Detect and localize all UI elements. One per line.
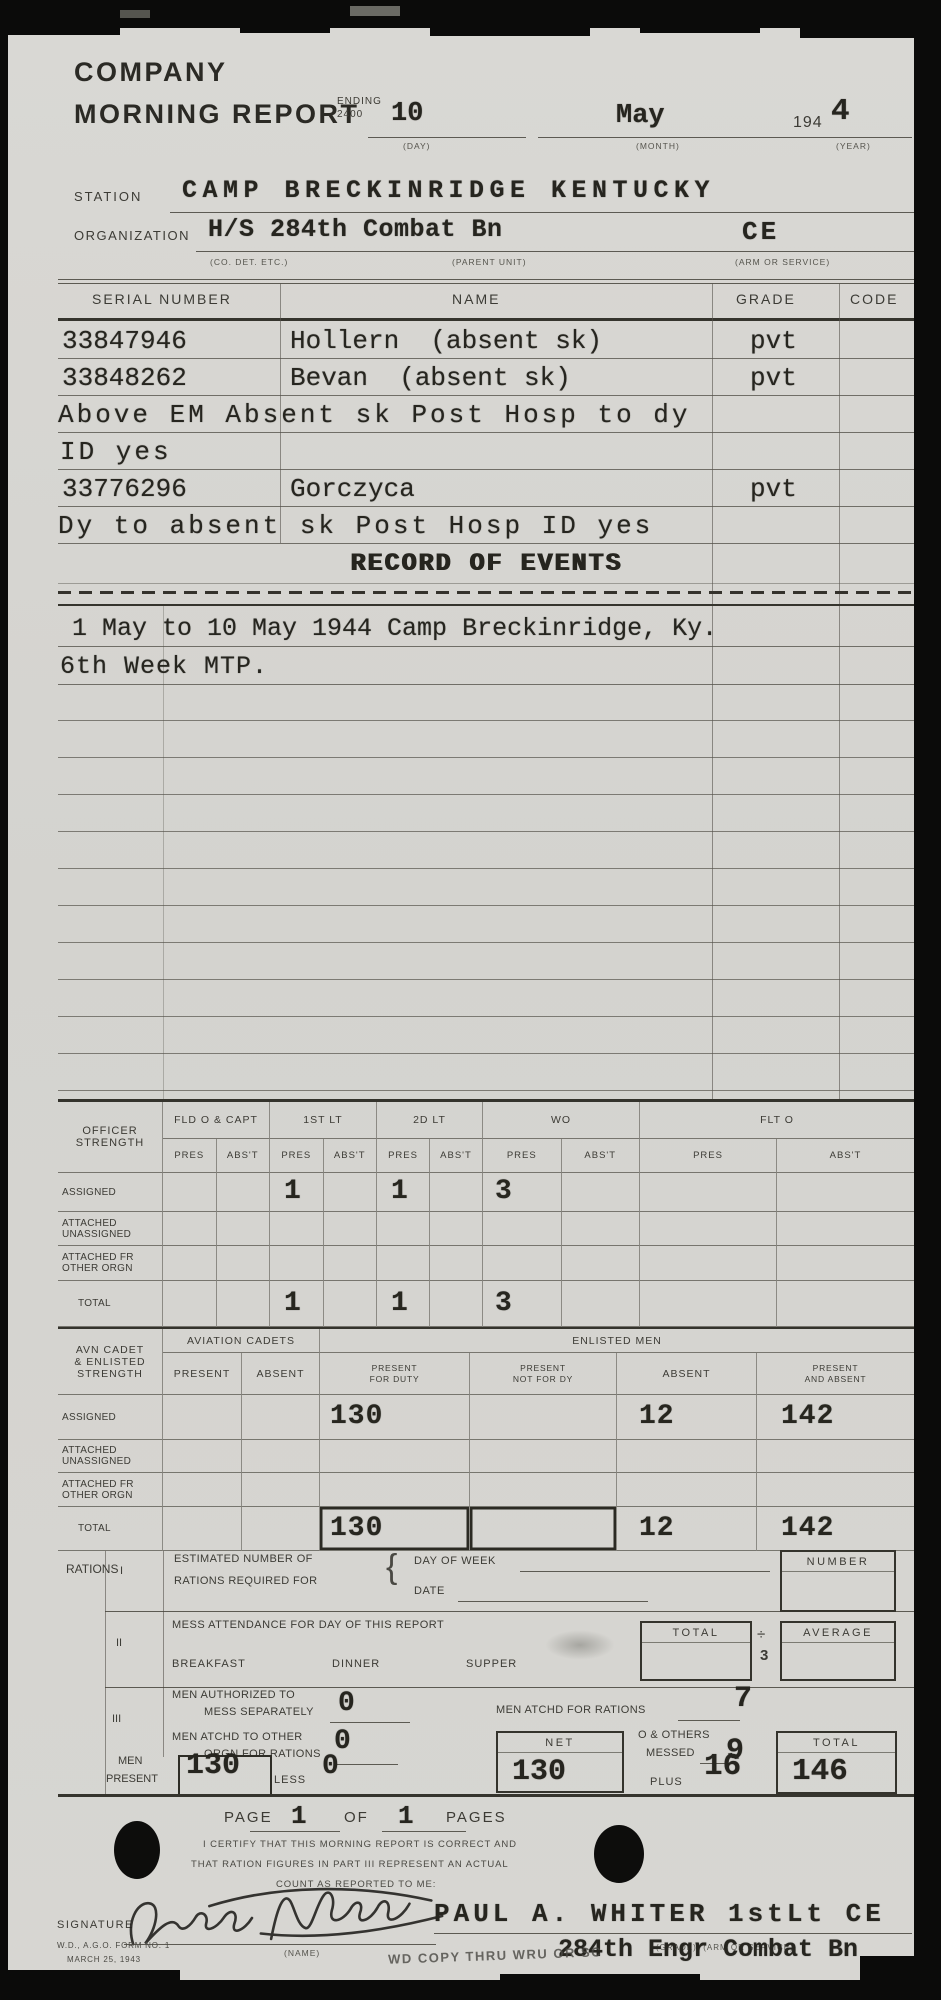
pages-label: PAGES	[446, 1809, 507, 1826]
cell	[324, 1173, 378, 1212]
table-row: Above EM Absent sk Post Hosp to dy	[58, 395, 914, 433]
cell	[163, 1173, 217, 1212]
less-value: 0	[322, 1751, 339, 1782]
row-label-total: TOTAL	[58, 1507, 163, 1551]
table-row: 33847946 Hollern (absent sk) pvt	[58, 321, 914, 359]
name-sublabel: (NAME)	[284, 1948, 320, 1958]
cell	[562, 1281, 641, 1327]
film-edge-ragged	[860, 1956, 941, 2000]
month-value: May	[616, 101, 665, 131]
rations-numeral-3: III	[112, 1713, 121, 1725]
remark-line: Dy to absent sk Post Hosp ID yes	[58, 511, 653, 541]
cell	[324, 1281, 378, 1327]
film-edge-ragged	[0, 28, 120, 35]
number-box-label: NUMBER	[782, 1552, 894, 1572]
grade-value: pvt	[750, 326, 797, 356]
men-present-line2: PRESENT	[106, 1773, 158, 1785]
rations-divider-2	[163, 1551, 164, 1757]
col-em-present-absent: PRESENT AND ABSENT	[757, 1353, 914, 1395]
year-typed-digit: 4	[831, 94, 850, 129]
col-group-2d-lt: 2D LT	[377, 1102, 483, 1139]
name-underline	[434, 1933, 912, 1934]
cell-value: 12	[617, 1395, 757, 1440]
cell	[430, 1246, 483, 1281]
day-of-week-label: DAY OF WEEK	[414, 1555, 496, 1567]
col-group-enlisted-men: ENLISTED MEN	[320, 1329, 914, 1353]
pages-value: 1	[398, 1801, 414, 1831]
soldier-name: Bevan (absent sk)	[290, 363, 571, 393]
dinner-label: DINNER	[332, 1658, 380, 1670]
breakfast-label: BREAKFAST	[172, 1658, 246, 1670]
col-group-1st-lt: 1ST LT	[270, 1102, 377, 1139]
cell	[217, 1281, 271, 1327]
cell-value: 1	[377, 1173, 430, 1212]
cell	[324, 1246, 378, 1281]
cell	[270, 1212, 324, 1246]
organization-value: H/S 284th Combat Bn	[208, 215, 503, 244]
table-row: 33848262 Bevan (absent sk) pvt	[58, 358, 914, 396]
roster-top-rule-2	[58, 283, 914, 284]
day-of-week-line	[520, 1571, 770, 1572]
col-abst: ABS'T	[324, 1139, 378, 1173]
grade-value: pvt	[750, 363, 797, 393]
org-sublabel-arm-service: (ARM OR SERVICE)	[735, 257, 830, 267]
average-box: AVERAGE	[780, 1621, 896, 1681]
cell	[757, 1473, 914, 1507]
mess-attendance-title: MESS ATTENDANCE FOR DAY OF THIS REPORT	[172, 1619, 444, 1631]
cell	[640, 1281, 777, 1327]
enlisted-table-corner: AVN CADET & ENLISTED STRENGTH	[58, 1329, 163, 1395]
rations-divider-1	[105, 1551, 106, 1795]
cell	[470, 1473, 617, 1507]
cell	[163, 1473, 242, 1507]
cell	[217, 1246, 271, 1281]
cell-value: 3	[483, 1281, 562, 1327]
rations-numeral-2: II	[116, 1637, 122, 1649]
pages-underline	[382, 1831, 466, 1832]
row-label-assigned: ASSIGNED	[58, 1173, 163, 1212]
punch-hole-right	[594, 1825, 644, 1883]
org-sublabel-co-det: (CO. DET. ETC.)	[210, 257, 288, 267]
cert-line1: I CERTIFY THAT THIS MORNING REPORT IS CO…	[203, 1839, 517, 1850]
record-of-events-title: RECORD OF EVENTS	[58, 549, 914, 578]
film-edge-ragged	[500, 1974, 700, 1982]
cell	[777, 1281, 914, 1327]
film-speck	[120, 10, 150, 18]
row-label-attached-unassigned: ATTACHED UNASSIGNED	[58, 1440, 163, 1473]
net-box: NET 130	[496, 1731, 624, 1793]
footer-heavy-rule	[58, 1794, 914, 1797]
others-line1: O & OTHERS	[638, 1729, 710, 1741]
form-number-line2: MARCH 25, 1943	[67, 1955, 141, 1964]
film-edge-ragged	[240, 28, 330, 33]
serial-number: 33776296	[62, 474, 187, 504]
cell	[242, 1507, 320, 1551]
cell-value-boxed: 130	[320, 1507, 470, 1551]
film-speck	[350, 6, 400, 16]
col-em-absent: ABSENT	[617, 1353, 757, 1395]
auth-value: 0	[338, 1688, 355, 1719]
col-pres: PRES	[483, 1139, 562, 1173]
col-abst: ABS'T	[217, 1139, 271, 1173]
roster-top-rule-1	[58, 279, 914, 280]
film-edge-right	[914, 0, 941, 2000]
cell	[617, 1440, 757, 1473]
row-label-assigned: ASSIGNED	[58, 1395, 163, 1440]
roster-col-code: CODE	[850, 291, 898, 307]
film-edge-bottom	[0, 1980, 941, 2000]
serial-number: 33848262	[62, 363, 187, 393]
cell	[757, 1440, 914, 1473]
cell	[163, 1212, 217, 1246]
men-present-value: 130	[186, 1749, 240, 1783]
cell	[163, 1440, 242, 1473]
cell	[777, 1246, 914, 1281]
cell	[217, 1173, 271, 1212]
col-pres: PRES	[163, 1139, 217, 1173]
mess-total-box: TOTAL	[640, 1621, 752, 1681]
org-sublabel-parent-unit: (PARENT UNIT)	[452, 257, 527, 267]
roster-col-serial: SERIAL NUMBER	[92, 291, 232, 307]
col-abst: ABS'T	[430, 1139, 483, 1173]
cell	[242, 1395, 320, 1440]
cell	[640, 1212, 777, 1246]
day-underline	[368, 137, 526, 138]
estimated-rations-line1: ESTIMATED NUMBER OF	[174, 1553, 313, 1565]
cell	[483, 1212, 562, 1246]
cell	[777, 1173, 914, 1212]
cell	[324, 1212, 378, 1246]
cert-line2: THAT RATION FIGURES IN PART III REPRESEN…	[191, 1859, 509, 1870]
form-number-line1: W.D., A.G.O. FORM NO. 1	[57, 1941, 170, 1950]
cell	[270, 1246, 324, 1281]
grand-total-value: 146	[778, 1753, 895, 1789]
average-box-label: AVERAGE	[782, 1623, 894, 1643]
cell	[163, 1507, 242, 1551]
year-sublabel: (YEAR)	[836, 141, 871, 151]
form-title-line2: MORNING REPORT	[74, 99, 360, 130]
cell	[377, 1246, 430, 1281]
auth-underline	[330, 1722, 410, 1723]
faint-smudge	[545, 1630, 615, 1660]
cell	[242, 1473, 320, 1507]
atchd-other-underline	[336, 1764, 398, 1765]
record-of-events-row: RECORD OF EVENTS	[58, 543, 914, 584]
number-box: NUMBER	[780, 1550, 896, 1612]
day-sublabel: (DAY)	[403, 141, 431, 151]
net-value: 130	[498, 1753, 622, 1789]
rations-numeral-1: I	[120, 1565, 123, 1577]
row-label-total: TOTAL	[58, 1281, 163, 1327]
soldier-name: Gorczyca	[290, 474, 415, 504]
table-row: ID yes	[58, 432, 914, 470]
cell	[377, 1212, 430, 1246]
cell	[430, 1281, 483, 1327]
officer-strength-table: OFFICER STRENGTH FLD O & CAPT 1ST LT 2D …	[58, 1099, 914, 1327]
cell-boxed	[470, 1507, 617, 1551]
col-group-aviation-cadets: AVIATION CADETS	[163, 1329, 320, 1353]
plus-label: PLUS	[650, 1776, 683, 1788]
col-pres: PRES	[640, 1139, 777, 1173]
station-value: CAMP BRECKINRIDGE KENTUCKY	[182, 176, 715, 205]
cell-value: 130	[320, 1395, 470, 1440]
date-line	[458, 1601, 648, 1602]
cell-value: 12	[617, 1507, 757, 1551]
atchd-rations-underline	[678, 1720, 740, 1721]
officer-table-corner: OFFICER STRENGTH	[58, 1102, 163, 1173]
cell	[562, 1173, 641, 1212]
cell-value: 3	[483, 1173, 562, 1212]
event-row: 1 May to 10 May 1944 Camp Breckinridge, …	[58, 606, 914, 647]
page-underline	[250, 1831, 340, 1832]
atchd-rations-label: MEN ATCHD FOR RATIONS	[496, 1704, 646, 1716]
cell	[163, 1281, 217, 1327]
event-row: 6th Week MTP.	[58, 646, 914, 685]
event-entry: 6th Week MTP.	[60, 652, 268, 681]
col-group-fld-capt: FLD O & CAPT	[163, 1102, 270, 1139]
cell	[217, 1212, 271, 1246]
date-label: DATE	[414, 1585, 445, 1597]
enlisted-strength-table: AVN CADET & ENLISTED STRENGTH AVIATION C…	[58, 1327, 914, 1551]
organization-label: ORGANIZATION	[74, 228, 190, 243]
typed-officer-name: PAUL A. WHITER 1stLt CE	[434, 1899, 885, 1929]
event-entry: 1 May to 10 May 1944 Camp Breckinridge, …	[72, 614, 717, 643]
atchd-other-line1: MEN ATCHD TO OTHER	[172, 1731, 303, 1743]
punch-hole-left	[114, 1821, 160, 1879]
film-edge-ragged	[430, 28, 590, 36]
cell	[562, 1212, 641, 1246]
soldier-name: Hollern (absent sk)	[290, 326, 602, 356]
col-abst: ABS'T	[562, 1139, 641, 1173]
grand-total-box-label: TOTAL	[778, 1733, 895, 1753]
station-label: STATION	[74, 189, 142, 204]
col-em-present-duty: PRESENT FOR DUTY	[320, 1353, 470, 1395]
cell	[320, 1473, 470, 1507]
month-underline	[538, 137, 750, 138]
cell-value: 142	[757, 1507, 914, 1551]
plus-value: 16	[704, 1749, 741, 1784]
signature-line	[124, 1944, 436, 1945]
cell	[470, 1440, 617, 1473]
brace-glyph: {	[386, 1548, 397, 1587]
divide-by-value: 3	[760, 1647, 768, 1664]
cell	[640, 1246, 777, 1281]
grand-total-box: TOTAL 146	[776, 1731, 897, 1794]
col-pres: PRES	[377, 1139, 430, 1173]
row-label-attached-unassigned: ATTACHED UNASSIGNED	[58, 1212, 163, 1246]
page-value: 1	[291, 1801, 307, 1831]
day-value: 10	[391, 99, 423, 129]
serial-number: 33847946	[62, 326, 187, 356]
cell	[483, 1246, 562, 1281]
cell	[430, 1212, 483, 1246]
roster-col-name: NAME	[452, 291, 500, 307]
col-group-flt-o: FLT O	[640, 1102, 914, 1139]
cell	[470, 1395, 617, 1440]
cell	[163, 1246, 217, 1281]
men-authorized-line2: MESS SEPARATELY	[204, 1706, 314, 1718]
typed-unit: 284th Engr Combat Bn	[558, 1935, 858, 1964]
grade-value: pvt	[750, 474, 797, 504]
cell-value: 142	[757, 1395, 914, 1440]
cell-value: 1	[270, 1281, 324, 1327]
row-label-attached-fr: ATTACHED FR OTHER ORGN	[58, 1473, 163, 1507]
col-abst: ABS'T	[777, 1139, 914, 1173]
year-prefix: 194	[793, 114, 823, 132]
cell-value: 1	[270, 1173, 324, 1212]
page-label: PAGE	[224, 1809, 273, 1826]
blank-ruled-lines	[58, 684, 914, 1099]
remark-line: ID yes	[60, 437, 172, 467]
cell	[242, 1440, 320, 1473]
mess-total-box-label: TOTAL	[642, 1623, 750, 1643]
cell	[562, 1246, 641, 1281]
others-line2: MESSED	[646, 1747, 695, 1759]
form-title-line1: COMPANY	[74, 57, 228, 88]
cell	[617, 1473, 757, 1507]
station-underline	[170, 212, 914, 213]
film-edge-ragged	[640, 28, 760, 33]
men-authorized-line1: MEN AUTHORIZED TO	[172, 1689, 295, 1701]
cell	[777, 1212, 914, 1246]
film-edge-left	[0, 0, 8, 2000]
net-box-label: NET	[498, 1733, 622, 1753]
dashed-separator	[58, 591, 914, 594]
organization-underline	[196, 251, 914, 252]
less-label: LESS	[274, 1774, 306, 1786]
col-group-wo: WO	[483, 1102, 640, 1139]
rations-row-rule-2	[105, 1687, 914, 1688]
film-edge-ragged	[0, 1970, 180, 1982]
atchd-rations-value: 7	[734, 1682, 752, 1716]
cell	[640, 1173, 777, 1212]
cell	[163, 1395, 242, 1440]
scanned-morning-report: COMPANY MORNING REPORT ENDING 2400 10 (D…	[0, 0, 941, 2000]
row-label-attached-fr: ATTACHED FR OTHER ORGN	[58, 1246, 163, 1281]
rations-vertical-label: RATIONS	[66, 1552, 82, 1587]
month-sublabel: (MONTH)	[636, 141, 680, 151]
col-ac-absent: ABSENT	[242, 1353, 320, 1395]
supper-label: SUPPER	[466, 1658, 517, 1670]
divide-sign: ÷	[757, 1626, 765, 1643]
arm-service-value: CE	[742, 217, 779, 247]
of-label: OF	[344, 1809, 369, 1826]
remark-line: Above EM Absent sk Post Hosp to dy	[58, 400, 691, 430]
col-ac-present: PRESENT	[163, 1353, 242, 1395]
table-row: 33776296 Gorczyca pvt	[58, 469, 914, 507]
roster-col-grade: GRADE	[736, 291, 796, 307]
cell-value: 1	[377, 1281, 430, 1327]
col-em-present-not-duty: PRESENT NOT FOR DY	[470, 1353, 617, 1395]
cell	[430, 1173, 483, 1212]
table-row: Dy to absent sk Post Hosp ID yes	[58, 506, 914, 544]
estimated-rations-line2: RATIONS REQUIRED FOR	[174, 1575, 317, 1587]
year-underline	[750, 137, 912, 138]
ending-2400-label: ENDING 2400	[337, 95, 382, 121]
cell	[320, 1440, 470, 1473]
col-pres: PRES	[270, 1139, 324, 1173]
men-present-line1: MEN	[118, 1755, 142, 1767]
